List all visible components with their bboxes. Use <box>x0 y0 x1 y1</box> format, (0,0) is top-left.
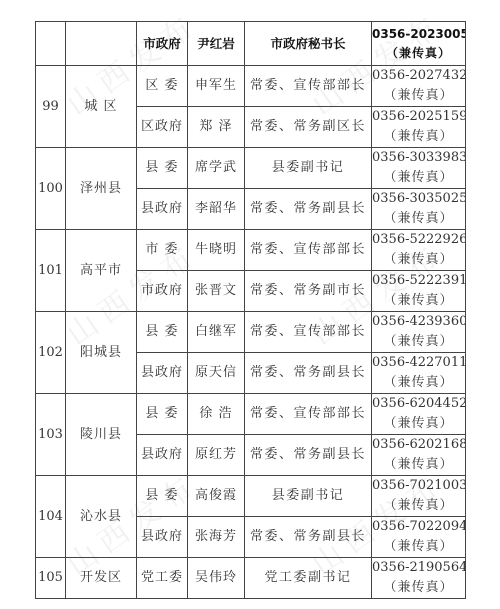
cell-position: 县委副书记 <box>245 148 372 189</box>
cell-region: 陵川县 <box>66 394 137 476</box>
phone-number: 0356-2023005 <box>372 25 465 44</box>
cell-position: 常委、宣传部部长 <box>245 312 372 353</box>
phone-number: 0356-6204452 <box>372 394 465 414</box>
document-page: 山西发布 山西发布 山西发布 山西发布 山西发布 山西发布 市政府 尹红岩 市政… <box>0 0 500 609</box>
phone-number: 0356-3033983 <box>372 148 465 168</box>
phone-number: 0356-2027432 <box>372 66 465 86</box>
cell-phone: 0356-4239360 （兼传真） <box>372 312 466 353</box>
cell-no: 105 <box>36 558 66 599</box>
fax-note: （兼传真） <box>372 250 465 270</box>
phone-number: 0356-3035025 <box>372 189 465 209</box>
cell-org: 县政府 <box>137 189 188 230</box>
cell-org: 市政府 <box>137 271 188 312</box>
cell-phone: 0356-3033983 （兼传真） <box>372 148 466 189</box>
cell-name: 白继军 <box>188 312 245 353</box>
table-row-header: 市政府 尹红岩 市政府秘书长 0356-2023005 （兼传真） <box>36 22 466 66</box>
cell-no: 100 <box>36 148 66 230</box>
cell-phone: 0356-6202168 （兼传真） <box>372 435 466 476</box>
table-row: 104 沁水县 县 委 高俊霞 县委副书记 0356-7021003 （兼传真） <box>36 476 466 517</box>
cell-name: 徐 浩 <box>188 394 245 435</box>
cell-name: 吴伟玲 <box>188 558 245 599</box>
table-row: 99 城 区 区 委 申军生 常委、宣传部部长 0356-2027432 （兼传… <box>36 66 466 107</box>
table-row: 102 阳城县 县 委 白继军 常委、宣传部部长 0356-4239360 （兼… <box>36 312 466 353</box>
contact-table: 市政府 尹红岩 市政府秘书长 0356-2023005 （兼传真） 99 城 区… <box>35 21 466 599</box>
fax-note: （兼传真） <box>372 209 465 229</box>
cell-region: 高平市 <box>66 230 137 312</box>
cell-name: 席学武 <box>188 148 245 189</box>
cell-no: 101 <box>36 230 66 312</box>
cell-region: 泽州县 <box>66 148 137 230</box>
cell-phone: 0356-7021003 （兼传真） <box>372 476 466 517</box>
cell-phone: 0356-3035025 （兼传真） <box>372 189 466 230</box>
cell-org: 区政府 <box>137 107 188 148</box>
fax-note: （兼传真） <box>372 414 465 434</box>
cell-position: 市政府秘书长 <box>245 22 372 66</box>
cell-name: 张海芳 <box>188 517 245 558</box>
table-row: 103 陵川县 县 委 徐 浩 常委、宣传部部长 0356-6204452 （兼… <box>36 394 466 435</box>
fax-note: （兼传真） <box>372 168 465 188</box>
cell-org: 县 委 <box>137 312 188 353</box>
cell-name: 李韶华 <box>188 189 245 230</box>
fax-note: （兼传真） <box>372 373 465 393</box>
cell-org: 市 委 <box>137 230 188 271</box>
phone-number: 0356-2025159 <box>372 107 465 127</box>
table-row: 101 高平市 市 委 牛晓明 常委、宣传部部长 0356-5222926 （兼… <box>36 230 466 271</box>
cell-org: 县 委 <box>137 476 188 517</box>
phone-number: 0356-6202168 <box>372 435 465 455</box>
cell-position: 常委、宣传部部长 <box>245 230 372 271</box>
cell-region: 开发区 <box>66 558 137 599</box>
phone-number: 0356-7022094 <box>372 517 465 537</box>
fax-note: （兼传真） <box>372 332 465 352</box>
fax-note: （兼传真） <box>372 455 465 475</box>
cell-position: 县委副书记 <box>245 476 372 517</box>
cell-name: 高俊霞 <box>188 476 245 517</box>
cell-name: 尹红岩 <box>188 22 245 66</box>
cell-name: 原天信 <box>188 353 245 394</box>
cell-no: 104 <box>36 476 66 558</box>
cell-phone: 0356-6204452 （兼传真） <box>372 394 466 435</box>
cell-position: 常委、常务副市长 <box>245 271 372 312</box>
cell-region: 阳城县 <box>66 312 137 394</box>
fax-note: （兼传真） <box>372 578 465 598</box>
cell-position: 常委、常务副县长 <box>245 353 372 394</box>
cell-org: 县政府 <box>137 435 188 476</box>
cell-org: 市政府 <box>137 22 188 66</box>
cell-name: 张晋文 <box>188 271 245 312</box>
cell-region: 城 区 <box>66 66 137 148</box>
phone-number: 0356-2190564 <box>372 558 465 578</box>
cell-name: 原红芳 <box>188 435 245 476</box>
cell-name: 申军生 <box>188 66 245 107</box>
cell-no: 103 <box>36 394 66 476</box>
phone-number: 0356-4239360 <box>372 312 465 332</box>
cell-phone: 0356-2027432 （兼传真） <box>372 66 466 107</box>
cell-no <box>36 22 66 66</box>
phone-number: 0356-5222926 <box>372 230 465 250</box>
cell-phone: 0356-2025159 （兼传真） <box>372 107 466 148</box>
fax-note: （兼传真） <box>372 291 465 311</box>
cell-org: 县 委 <box>137 148 188 189</box>
cell-no: 99 <box>36 66 66 148</box>
cell-position: 党工委副书记 <box>245 558 372 599</box>
cell-org: 党工委 <box>137 558 188 599</box>
cell-phone: 0356-5222391 （兼传真） <box>372 271 466 312</box>
phone-number: 0356-7021003 <box>372 476 465 496</box>
cell-phone: 0356-4227011 （兼传真） <box>372 353 466 394</box>
cell-name: 牛晓明 <box>188 230 245 271</box>
phone-number: 0356-4227011 <box>372 353 465 373</box>
cell-phone: 0356-7022094 （兼传真） <box>372 517 466 558</box>
cell-name: 郑 泽 <box>188 107 245 148</box>
fax-note: （兼传真） <box>372 537 465 557</box>
fax-note: （兼传真） <box>372 127 465 147</box>
cell-position: 常委、宣传部部长 <box>245 66 372 107</box>
table-row: 105 开发区 党工委 吴伟玲 党工委副书记 0356-2190564 （兼传真… <box>36 558 466 599</box>
fax-note: （兼传真） <box>372 496 465 516</box>
fax-note: （兼传真） <box>372 44 465 63</box>
phone-number: 0356-5222391 <box>372 271 465 291</box>
cell-position: 常委、常务副县长 <box>245 435 372 476</box>
cell-position: 常委、常务副县长 <box>245 189 372 230</box>
fax-note: （兼传真） <box>372 86 465 106</box>
cell-org: 县政府 <box>137 353 188 394</box>
cell-position: 常委、宣传部部长 <box>245 394 372 435</box>
cell-position: 常委、常务副区长 <box>245 107 372 148</box>
cell-position: 常委、常务副县长 <box>245 517 372 558</box>
cell-phone: 0356-2023005 （兼传真） <box>372 22 466 66</box>
cell-phone: 0356-2190564 （兼传真） <box>372 558 466 599</box>
cell-region <box>66 22 137 66</box>
cell-org: 县 委 <box>137 394 188 435</box>
cell-org: 县政府 <box>137 517 188 558</box>
cell-no: 102 <box>36 312 66 394</box>
cell-region: 沁水县 <box>66 476 137 558</box>
cell-org: 区 委 <box>137 66 188 107</box>
table-row: 100 泽州县 县 委 席学武 县委副书记 0356-3033983 （兼传真） <box>36 148 466 189</box>
cell-phone: 0356-5222926 （兼传真） <box>372 230 466 271</box>
